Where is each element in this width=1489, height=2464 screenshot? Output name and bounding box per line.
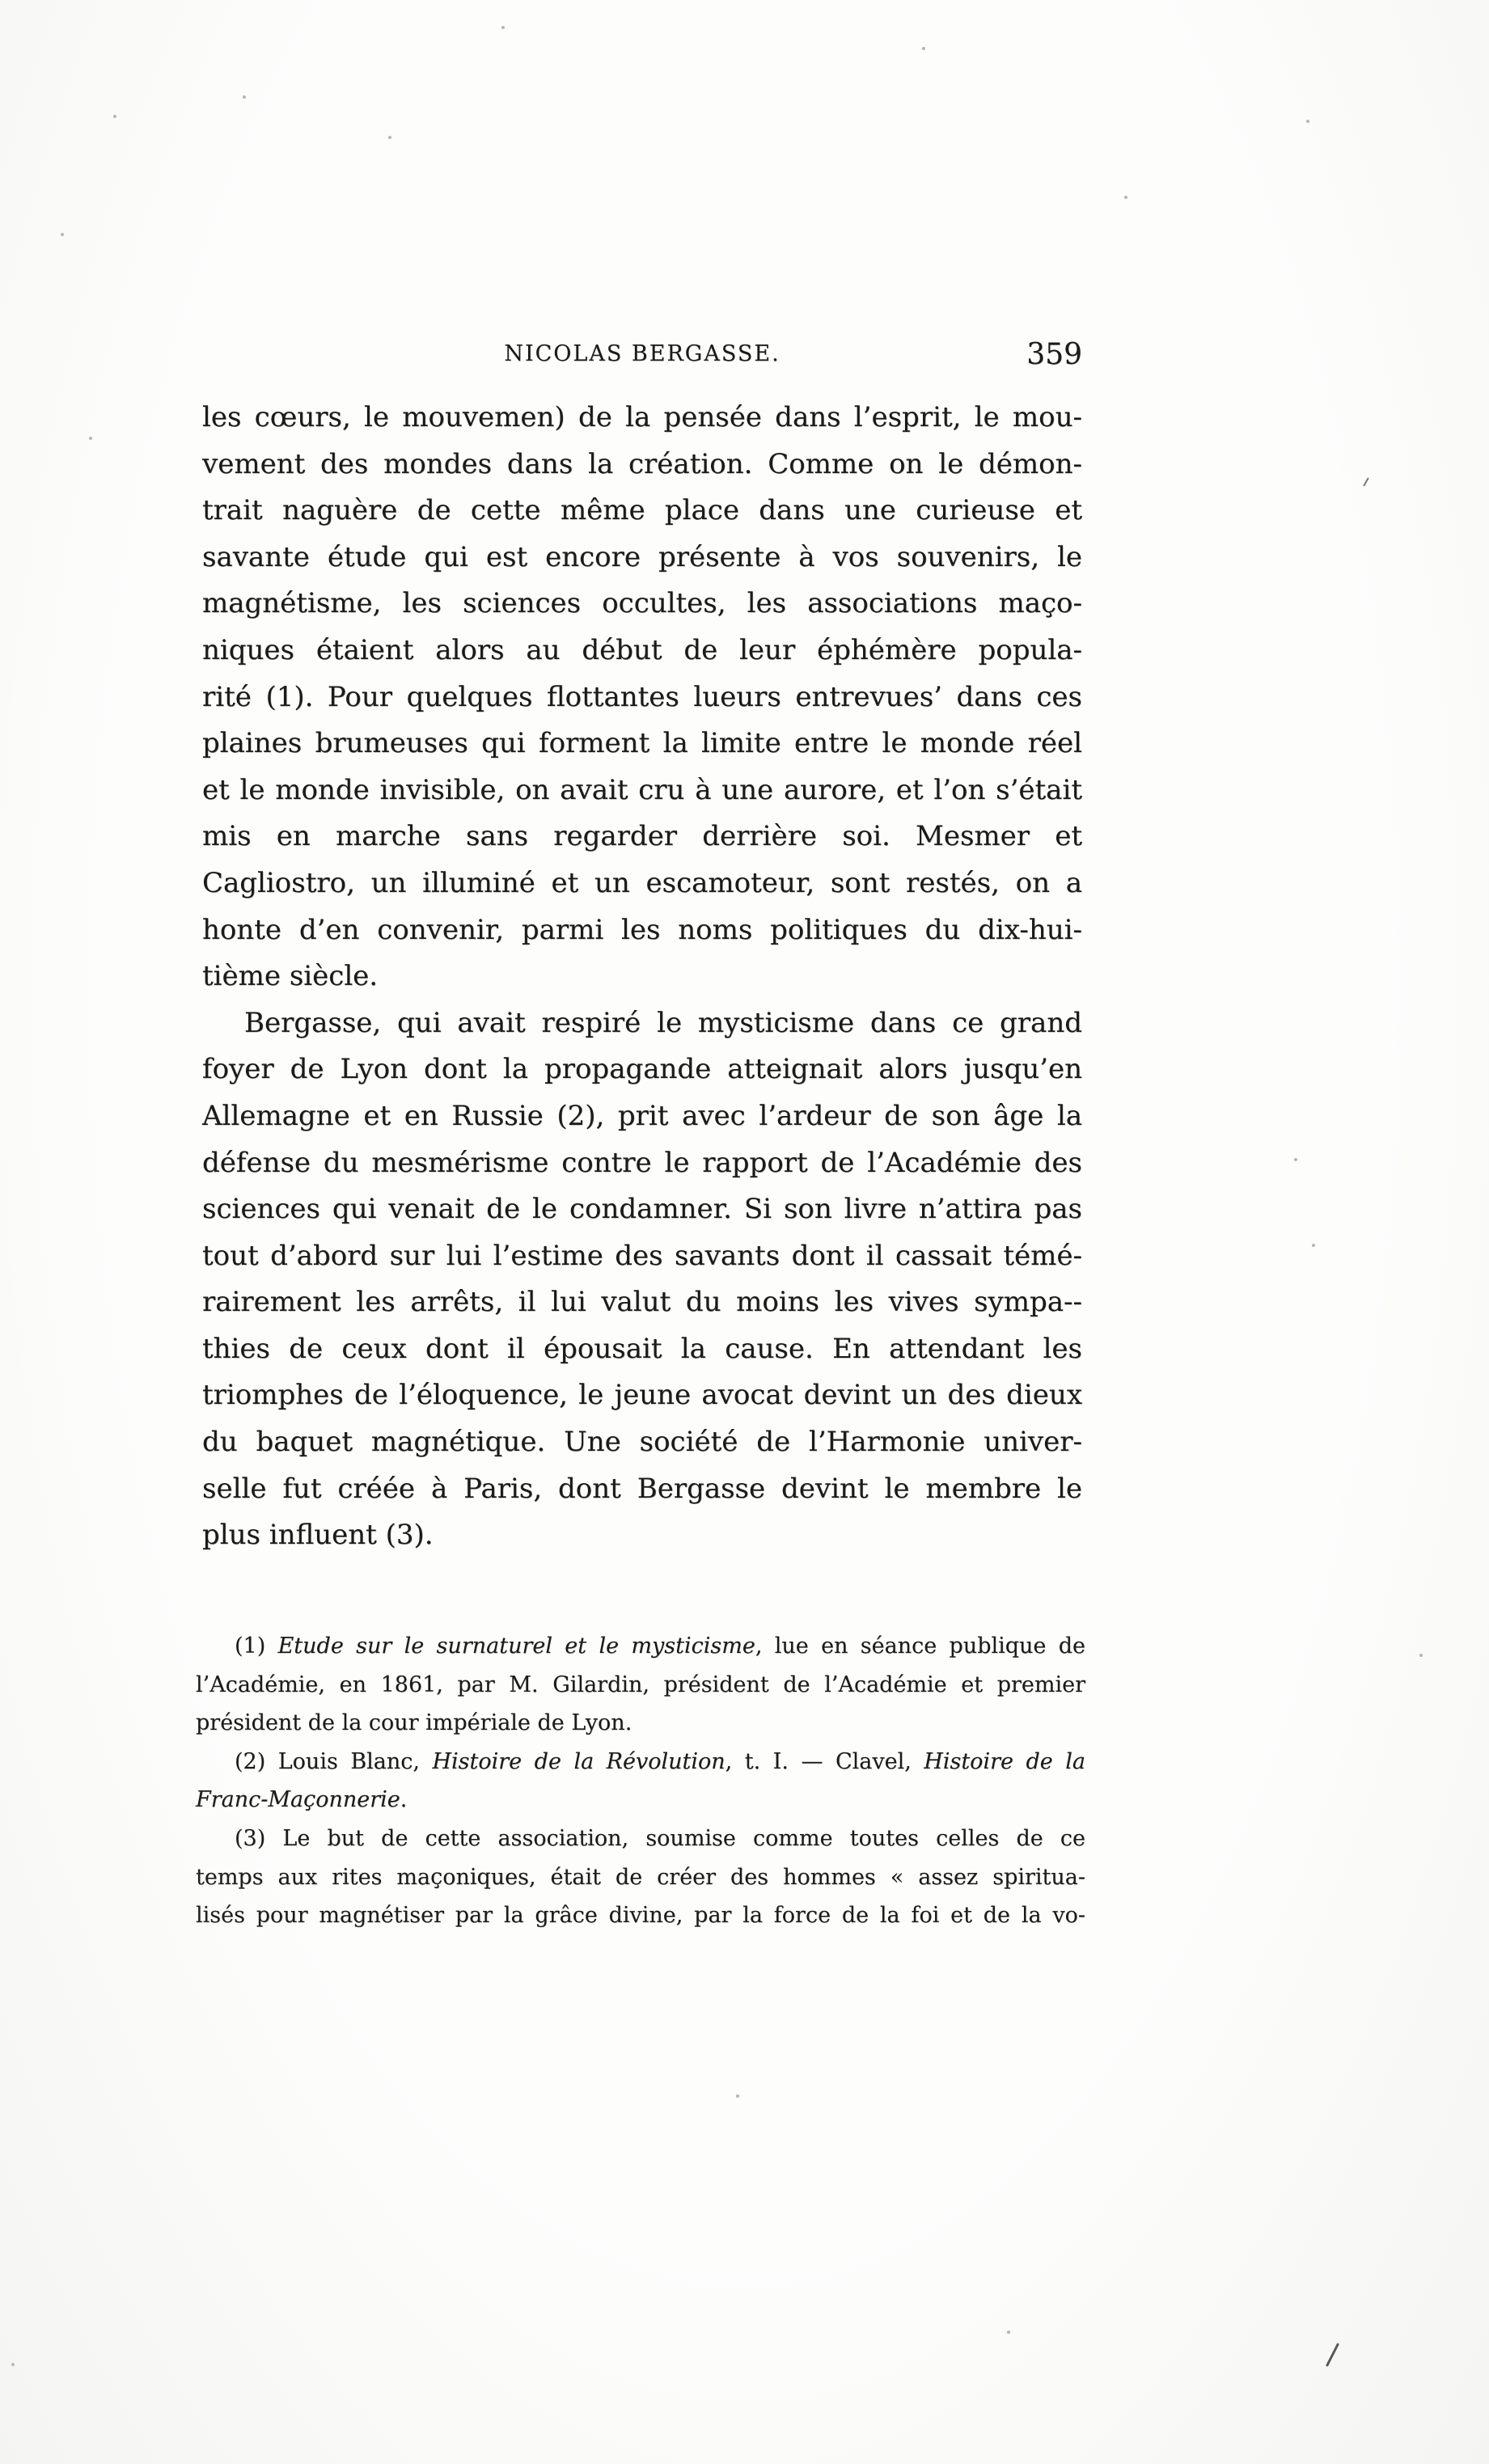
footnote-text: . — [400, 1787, 408, 1812]
scan-speck — [1007, 2331, 1010, 2334]
footnote-line: l’Académie, en 1861, par M. Gilardin, pr… — [196, 1666, 1085, 1705]
scan-speck — [113, 115, 116, 118]
scan-speck — [1306, 120, 1309, 123]
scan-speck — [1419, 1654, 1423, 1657]
footnote-line: (3) Le but de cette association, soumise… — [196, 1819, 1085, 1858]
footnote-text: (3) Le but de cette association, soumise… — [235, 1826, 1085, 1851]
scan-speck — [11, 2363, 15, 2366]
body-line: Allemagne et en Russie (2), prit avec l’… — [202, 1093, 1082, 1140]
scan-speck — [61, 233, 64, 236]
footnotes: (1) Etude sur le surnaturel et le mystic… — [196, 1627, 1085, 1935]
footnote-line: temps aux rites maçoniques, était de cré… — [196, 1858, 1085, 1897]
footnote-work-title: Franc-Maçonnerie — [196, 1787, 400, 1812]
scan-speck — [1124, 196, 1127, 199]
footnote-text: l’Académie, en 1861, par M. Gilardin, pr… — [196, 1672, 1085, 1697]
footnote-line: président de la cour impériale de Lyon. — [196, 1704, 1085, 1743]
footnote-text: lisés pour magnétiser par la grâce divin… — [196, 1903, 1085, 1928]
footnote-marker: (2) Louis Blanc, — [235, 1749, 433, 1774]
body-line: vement des mondes dans la création. Comm… — [202, 442, 1082, 488]
body-line: plaines brumeuses qui forment la limite … — [202, 721, 1082, 767]
body-line-paragraph-start: Bergasse, qui avait respiré le mysticism… — [202, 1000, 1082, 1047]
body-line: selle fut créée à Paris, dont Bergasse d… — [202, 1466, 1082, 1513]
running-title: NICOLAS BERGASSE. — [202, 341, 1082, 366]
body-line: tième siècle. — [202, 953, 1082, 1000]
body-line: magnétisme, les sciences occultes, les a… — [202, 581, 1082, 628]
body-line: savante étude qui est encore présente à … — [202, 535, 1082, 581]
body-text: les cœurs, le mouvemen) de la pensée dan… — [202, 395, 1082, 1559]
body-line: niques étaient alors au début de leur ép… — [202, 628, 1082, 674]
footnote-text: président de la cour impériale de Lyon. — [196, 1710, 632, 1735]
scan-speck — [501, 26, 505, 29]
body-line: tout d’abord sur lui l’estime des savant… — [202, 1233, 1082, 1280]
footnote-line: lisés pour magnétiser par la grâce divin… — [196, 1896, 1085, 1935]
footnote-text: temps aux rites maçoniques, était de cré… — [196, 1865, 1085, 1890]
footnote-line: Franc-Maçonnerie. — [196, 1781, 1085, 1819]
body-line: triomphes de l’éloquence, le jeune avoca… — [202, 1372, 1082, 1419]
page-header: NICOLAS BERGASSE. 359 — [202, 338, 1082, 374]
body-line: mis en marche sans regarder derrière soi… — [202, 814, 1082, 860]
footnote-text: , t. I. — Clavel, — [725, 1749, 924, 1774]
body-line: du baquet magnétique. Une société de l’H… — [202, 1419, 1082, 1466]
footnote-line: (2) Louis Blanc, Histoire de la Révoluti… — [196, 1743, 1085, 1781]
body-line: foyer de Lyon dont la propagande atteign… — [202, 1046, 1082, 1093]
scan-speck — [922, 47, 925, 50]
body-line: trait naguère de cette même place dans u… — [202, 488, 1082, 535]
footnote-text: , lue en séance publique de — [755, 1634, 1085, 1659]
body-line: les cœurs, le mouvemen) de la pensée dan… — [202, 395, 1082, 442]
book-page-scan: NICOLAS BERGASSE. 359 les cœurs, le mouv… — [0, 0, 1489, 2464]
body-line: rité (1). Pour quelques flottantes lueur… — [202, 674, 1082, 721]
scan-speck — [89, 437, 92, 440]
footnote-marker: (1) — [235, 1634, 278, 1659]
scan-speck — [1294, 1158, 1297, 1161]
body-line: honte d’en convenir, parmi les noms poli… — [202, 907, 1082, 954]
footnote-work-title: Histoire de la Révolution — [433, 1749, 725, 1774]
scan-speck — [388, 136, 391, 139]
body-line: et le monde invisible, on avait cru à un… — [202, 767, 1082, 814]
body-line: Cagliostro, un illuminé et un escamoteur… — [202, 860, 1082, 907]
body-line: sciences qui venait de le condamner. Si … — [202, 1186, 1082, 1233]
pen-mark — [1326, 2343, 1339, 2367]
scan-speck — [736, 2094, 739, 2098]
body-line: défense du mesmérisme contre le rapport … — [202, 1140, 1082, 1187]
footnote-line: (1) Etude sur le surnaturel et le mystic… — [196, 1627, 1085, 1666]
body-line: plus influent (3). — [202, 1512, 1082, 1559]
page-number: 359 — [1026, 338, 1082, 371]
scan-speck — [1312, 1244, 1315, 1247]
footnote-work-title: Etude sur le surnaturel et le mysticisme — [278, 1634, 755, 1659]
body-line: rairement les arrêts, il lui valut du mo… — [202, 1279, 1082, 1326]
body-line: thies de ceux dont il épousait la cause.… — [202, 1326, 1082, 1373]
footnote-work-title: Histoire de la — [924, 1749, 1085, 1774]
stray-ink-tick — [1363, 477, 1369, 486]
scan-speck — [243, 95, 246, 99]
